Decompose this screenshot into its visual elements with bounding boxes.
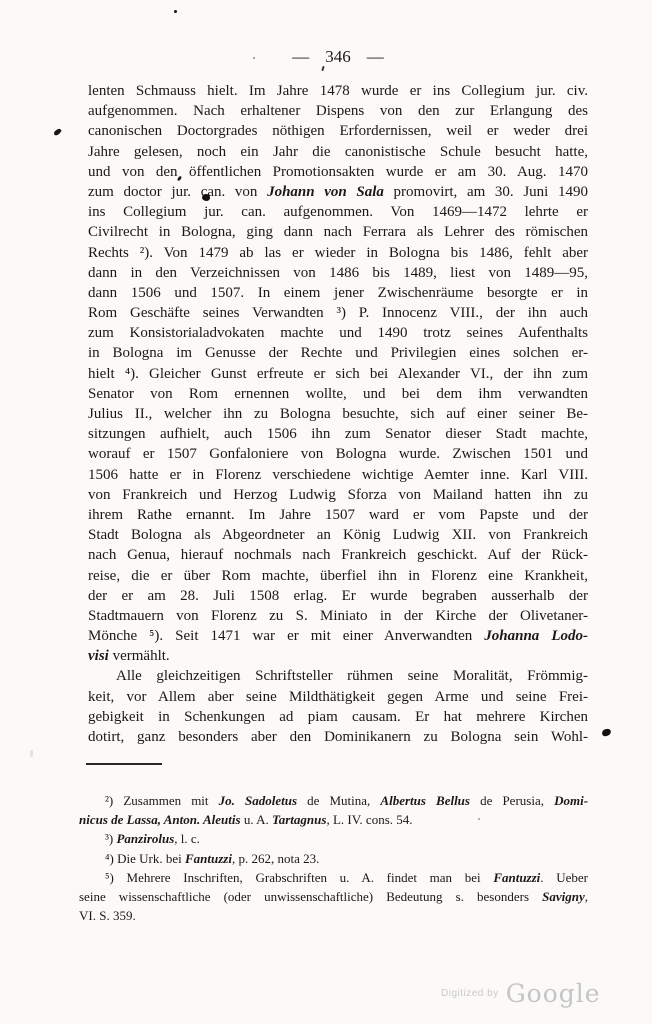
ink-speck [174, 10, 177, 13]
text-segment: gebigkeit in Schenkungen ad piam causam.… [88, 709, 588, 725]
text-segment: 1506 hatte er in Florenz verschiedene wi… [88, 467, 588, 483]
text-segment: keit, vor Allem aber seine Mildthätigkei… [88, 689, 588, 705]
text-line: Rechts ²). Von 1479 ab las er wieder in … [88, 243, 588, 263]
text-segment: promovirt, am 30. Juni 1490 [384, 184, 588, 200]
italic-text-segment: visi [88, 648, 109, 664]
text-line: Senator von Rom ernennen wollte, und bei… [88, 384, 588, 404]
text-segment: seine wissenschaftliche (oder unwissensc… [79, 889, 542, 904]
text-segment: aufgenommen. Nach erhaltener Dispens von… [88, 103, 588, 119]
text-segment: Jahre gelesen, noch ein Jahr die canonis… [88, 144, 588, 160]
text-line: Jahre gelesen, noch ein Jahr die canonis… [88, 142, 588, 162]
text-segment: Civilrecht in Bologna, ging dann nach Fe… [88, 224, 588, 240]
text-line: visi vermählt. [88, 646, 588, 666]
text-segment: . Ueber [540, 870, 588, 885]
text-line: der er am 28. Juli 1508 erlag. Er wurde … [88, 586, 588, 606]
text-line: Mönche ⁵). Seit 1471 war er mit einer An… [88, 626, 588, 646]
italic-text-segment: Panzirolus [116, 831, 174, 846]
text-line: Rom Geschäfte seines Verwandten ³) P. In… [88, 303, 588, 323]
header-dash-right: — [367, 47, 384, 67]
text-segment: ihrem Rathe ernannt. Im Jahre 1507 ward … [88, 507, 588, 523]
text-segment: canonischen Doctorgrades nöthigen Erford… [88, 123, 588, 139]
watermark-prefix: Digitized by [441, 988, 499, 999]
page-number: 346 [325, 47, 351, 67]
text-segment: VI. S. 359. [79, 908, 136, 923]
google-logo: Google [506, 981, 601, 1006]
text-line: lenten Schmauss hielt. Im Jahre 1478 wur… [88, 81, 588, 101]
text-segment: sitzungen aufhielt, auch 1506 ihn zum Se… [88, 426, 588, 442]
italic-text-segment: Johann von Sala [267, 184, 384, 200]
footnotes: ²) Zusammen mit Jo. Sadoletus de Mutina,… [79, 791, 588, 925]
text-segment: dotirt, ganz besonders aber den Dominika… [88, 729, 588, 745]
text-segment: zum doctor jur. can. von [88, 184, 267, 200]
watermark: Digitized by Google [441, 981, 601, 1006]
text-line: keit, vor Allem aber seine Mildthätigkei… [88, 687, 588, 707]
ink-blot [601, 728, 611, 737]
text-line: sitzungen aufhielt, auch 1506 ihn zum Se… [88, 424, 588, 444]
text-segment: Julius II., welcher ihn zu Bologna besuc… [88, 406, 588, 422]
text-segment: Rom Geschäfte seines Verwandten ³) P. In… [88, 305, 588, 321]
text-line: ins Collegium jur. can. aufgenommen. Von… [88, 202, 588, 222]
ink-blot [202, 194, 210, 201]
text-segment: , [585, 889, 588, 904]
text-line: VI. S. 359. [79, 906, 588, 925]
header-dash-left: — [292, 47, 309, 67]
text-line: dann 1506 und 1507. In einem jener Zwisc… [88, 283, 588, 303]
text-segment: ins Collegium jur. can. aufgenommen. Von… [88, 204, 588, 220]
footnote-separator-rule [86, 763, 162, 765]
text-segment: ³) [105, 831, 116, 846]
text-segment: worauf er 1507 Gonfaloniere von Bologna … [88, 446, 588, 462]
text-line: ⁴) Die Urk. bei Fantuzzi, p. 262, nota 2… [79, 849, 588, 868]
text-line: reise, die er über Rom machte, überfiel … [88, 566, 588, 586]
ink-speck [53, 127, 62, 136]
italic-text-segment: Savigny [542, 889, 585, 904]
italic-text-segment: Fantuzzi [493, 870, 540, 885]
text-segment: der er am 28. Juli 1508 erlag. Er wurde … [88, 588, 588, 604]
body-text: lenten Schmauss hielt. Im Jahre 1478 wur… [88, 81, 588, 747]
text-line: 1506 hatte er in Florenz verschiedene wi… [88, 465, 588, 485]
text-segment: nach Genua, hierauf nochmals nach Frankr… [88, 547, 588, 563]
text-segment: de Perusia, [470, 793, 554, 808]
ink-speck [30, 750, 33, 757]
text-segment: vermählt. [109, 648, 170, 664]
italic-text-segment: Tartagnus [272, 812, 326, 827]
text-segment: in Bologna im Genusse der Rechte und Pri… [88, 345, 588, 361]
text-line: Civilrecht in Bologna, ging dann nach Fe… [88, 222, 588, 242]
text-segment: ⁵) Mehrere Inschriften, Grabschriften u.… [105, 870, 493, 885]
italic-text-segment: Domi- [554, 793, 588, 808]
text-segment: Alle gleichzeitigen Schriftsteller rühme… [116, 668, 588, 684]
text-segment: Stadtmauern von Florenz zu S. Miniato in… [88, 608, 588, 624]
text-line: zum doctor jur. can. von Johann von Sala… [88, 182, 588, 202]
text-line: worauf er 1507 Gonfaloniere von Bologna … [88, 444, 588, 464]
text-line: nach Genua, hierauf nochmals nach Frankr… [88, 545, 588, 565]
text-line: canonischen Doctorgrades nöthigen Erford… [88, 121, 588, 141]
text-line: von Frankreich und Herzog Ludwig Sforza … [88, 485, 588, 505]
text-segment: , p. 262, nota 23. [232, 851, 319, 866]
text-segment: , L. IV. cons. 54. [326, 812, 412, 827]
text-line: nicus de Lassa, Anton. Aleutis u. A. Tar… [79, 810, 588, 829]
text-line: dotirt, ganz besonders aber den Dominika… [88, 727, 588, 747]
ink-speck [321, 66, 324, 71]
text-segment: Mönche ⁵). Seit 1471 war er mit einer An… [88, 628, 484, 644]
text-segment: dann in den Verzeichnissen von 1486 bis … [88, 265, 588, 281]
text-segment: de Mutina, [297, 793, 380, 808]
text-segment: dann 1506 und 1507. In einem jener Zwisc… [88, 285, 588, 301]
italic-text-segment: Jo. Sadoletus [219, 793, 297, 808]
text-line: hielt ⁴). Gleicher Gunst erfreute er sic… [88, 364, 588, 384]
text-line: Stadtmauern von Florenz zu S. Miniato in… [88, 606, 588, 626]
text-segment: hielt ⁴). Gleicher Gunst erfreute er sic… [88, 366, 588, 382]
italic-text-segment: nicus de Lassa, Anton. Aleutis [79, 812, 241, 827]
text-line: zum Konsistorialadvokaten machte und 149… [88, 323, 588, 343]
text-segment: Stadt Bologna als Abgeordneter an König … [88, 527, 588, 543]
italic-text-segment: Albertus Bellus [380, 793, 470, 808]
text-line: ³) Panzirolus, l. c. [79, 829, 588, 848]
text-line: ²) Zusammen mit Jo. Sadoletus de Mutina,… [79, 791, 588, 810]
text-line: ⁵) Mehrere Inschriften, Grabschriften u.… [79, 868, 588, 887]
italic-text-segment: Johanna Lodo- [484, 628, 588, 644]
text-line: Alle gleichzeitigen Schriftsteller rühme… [88, 666, 588, 686]
text-line: und von den öffentlichen Promotionsakten… [88, 162, 588, 182]
text-segment: und von den öffentlichen Promotionsakten… [88, 164, 588, 180]
text-line: in Bologna im Genusse der Rechte und Pri… [88, 343, 588, 363]
scanned-book-page: — 346 — lenten Schmauss hielt. Im Jahre … [0, 0, 652, 1024]
text-line: ihrem Rathe ernannt. Im Jahre 1507 ward … [88, 505, 588, 525]
text-line: aufgenommen. Nach erhaltener Dispens von… [88, 101, 588, 121]
text-line: seine wissenschaftliche (oder unwissensc… [79, 887, 588, 906]
italic-text-segment: Fantuzzi [185, 851, 232, 866]
text-segment: zum Konsistorialadvokaten machte und 149… [88, 325, 588, 341]
text-segment: , l. c. [174, 831, 200, 846]
ink-speck [253, 57, 255, 59]
text-segment: Senator von Rom ernennen wollte, und bei… [88, 386, 588, 402]
text-segment: ⁴) Die Urk. bei [105, 851, 185, 866]
text-segment: reise, die er über Rom machte, überfiel … [88, 568, 588, 584]
text-segment: lenten Schmauss hielt. Im Jahre 1478 wur… [88, 83, 588, 99]
text-line: dann in den Verzeichnissen von 1486 bis … [88, 263, 588, 283]
text-line: Stadt Bologna als Abgeordneter an König … [88, 525, 588, 545]
text-segment: u. A. [241, 812, 272, 827]
text-line: gebigkeit in Schenkungen ad piam causam.… [88, 707, 588, 727]
page-header: — 346 — [88, 47, 588, 67]
text-line: Julius II., welcher ihn zu Bologna besuc… [88, 404, 588, 424]
text-segment: von Frankreich und Herzog Ludwig Sforza … [88, 487, 588, 503]
ink-speck [478, 818, 480, 820]
text-segment: Rechts ²). Von 1479 ab las er wieder in … [88, 245, 588, 261]
text-segment: ²) Zusammen mit [105, 793, 219, 808]
